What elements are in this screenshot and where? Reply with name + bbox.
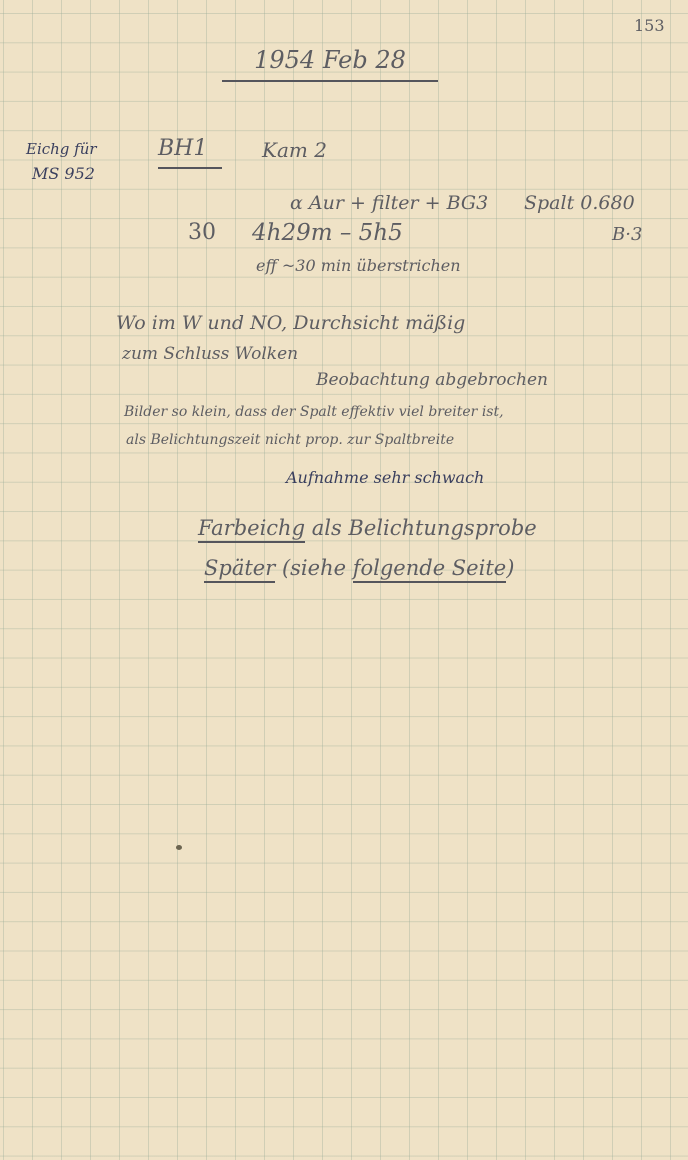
page-date-heading: 1954 Feb 28 <box>222 46 438 82</box>
conclusion-rest-1: als Belichtungsprobe <box>312 516 537 540</box>
note-line-5: als Belichtungszeit nicht prop. zur Spal… <box>126 432 454 448</box>
exposure-time: 4h29m – 5h5 <box>252 220 403 246</box>
setup-line: α Aur + filter + BG3 <box>290 192 488 214</box>
conclusion-underlined-3: folgende Seite <box>353 556 506 583</box>
note-line-1: Wo im W und NO, Durchsicht mäßig <box>116 312 465 334</box>
margin-note-line2: MS 952 <box>32 164 95 183</box>
note-line-3: Beobachtung abgebrochen <box>316 370 548 390</box>
page-number: 153 <box>634 16 665 35</box>
effective-exposure: eff ~30 min überstrichen <box>256 256 461 275</box>
plate-number: 30 <box>188 220 216 245</box>
conclusion-open: (siehe <box>282 556 346 580</box>
ink-spot <box>176 845 182 850</box>
conclusion-line-1: Farbeichg als Belichtungsprobe <box>198 516 537 540</box>
conclusion-underlined-2: Später <box>204 556 275 583</box>
note-line-4: Bilder so klein, dass der Spalt effektiv… <box>124 404 504 420</box>
margin-note-line1: Eichg für <box>26 140 97 158</box>
camera-label: Kam 2 <box>262 138 327 162</box>
note-line-2: zum Schluss Wolken <box>122 344 298 364</box>
conclusion-line-2: Später (siehe folgende Seite) <box>204 556 514 580</box>
conclusion-close: ) <box>506 556 514 580</box>
object-name: BH1 <box>158 136 222 169</box>
slit-label: Spalt 0.680 <box>524 192 635 214</box>
notebook-page: 153 1954 Feb 28 Eichg für MS 952 BH1 Kam… <box>0 0 688 1160</box>
plate-type: B·3 <box>612 224 642 245</box>
note-line-6: Aufnahme sehr schwach <box>286 468 484 487</box>
conclusion-underlined-1: Farbeichg <box>198 516 305 543</box>
